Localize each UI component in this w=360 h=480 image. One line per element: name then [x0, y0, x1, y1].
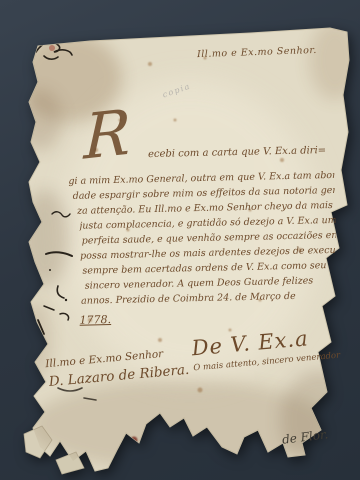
- ornate-initial-capital: R: [83, 101, 132, 168]
- letter-body: gi a mim Ex.mo General, outra em que V. …: [62, 170, 337, 332]
- red-ink-dot: [49, 45, 55, 51]
- photo-of-manuscript: Ill.mo e Ex.mo Senhor. copia R ecebi com…: [0, 0, 360, 480]
